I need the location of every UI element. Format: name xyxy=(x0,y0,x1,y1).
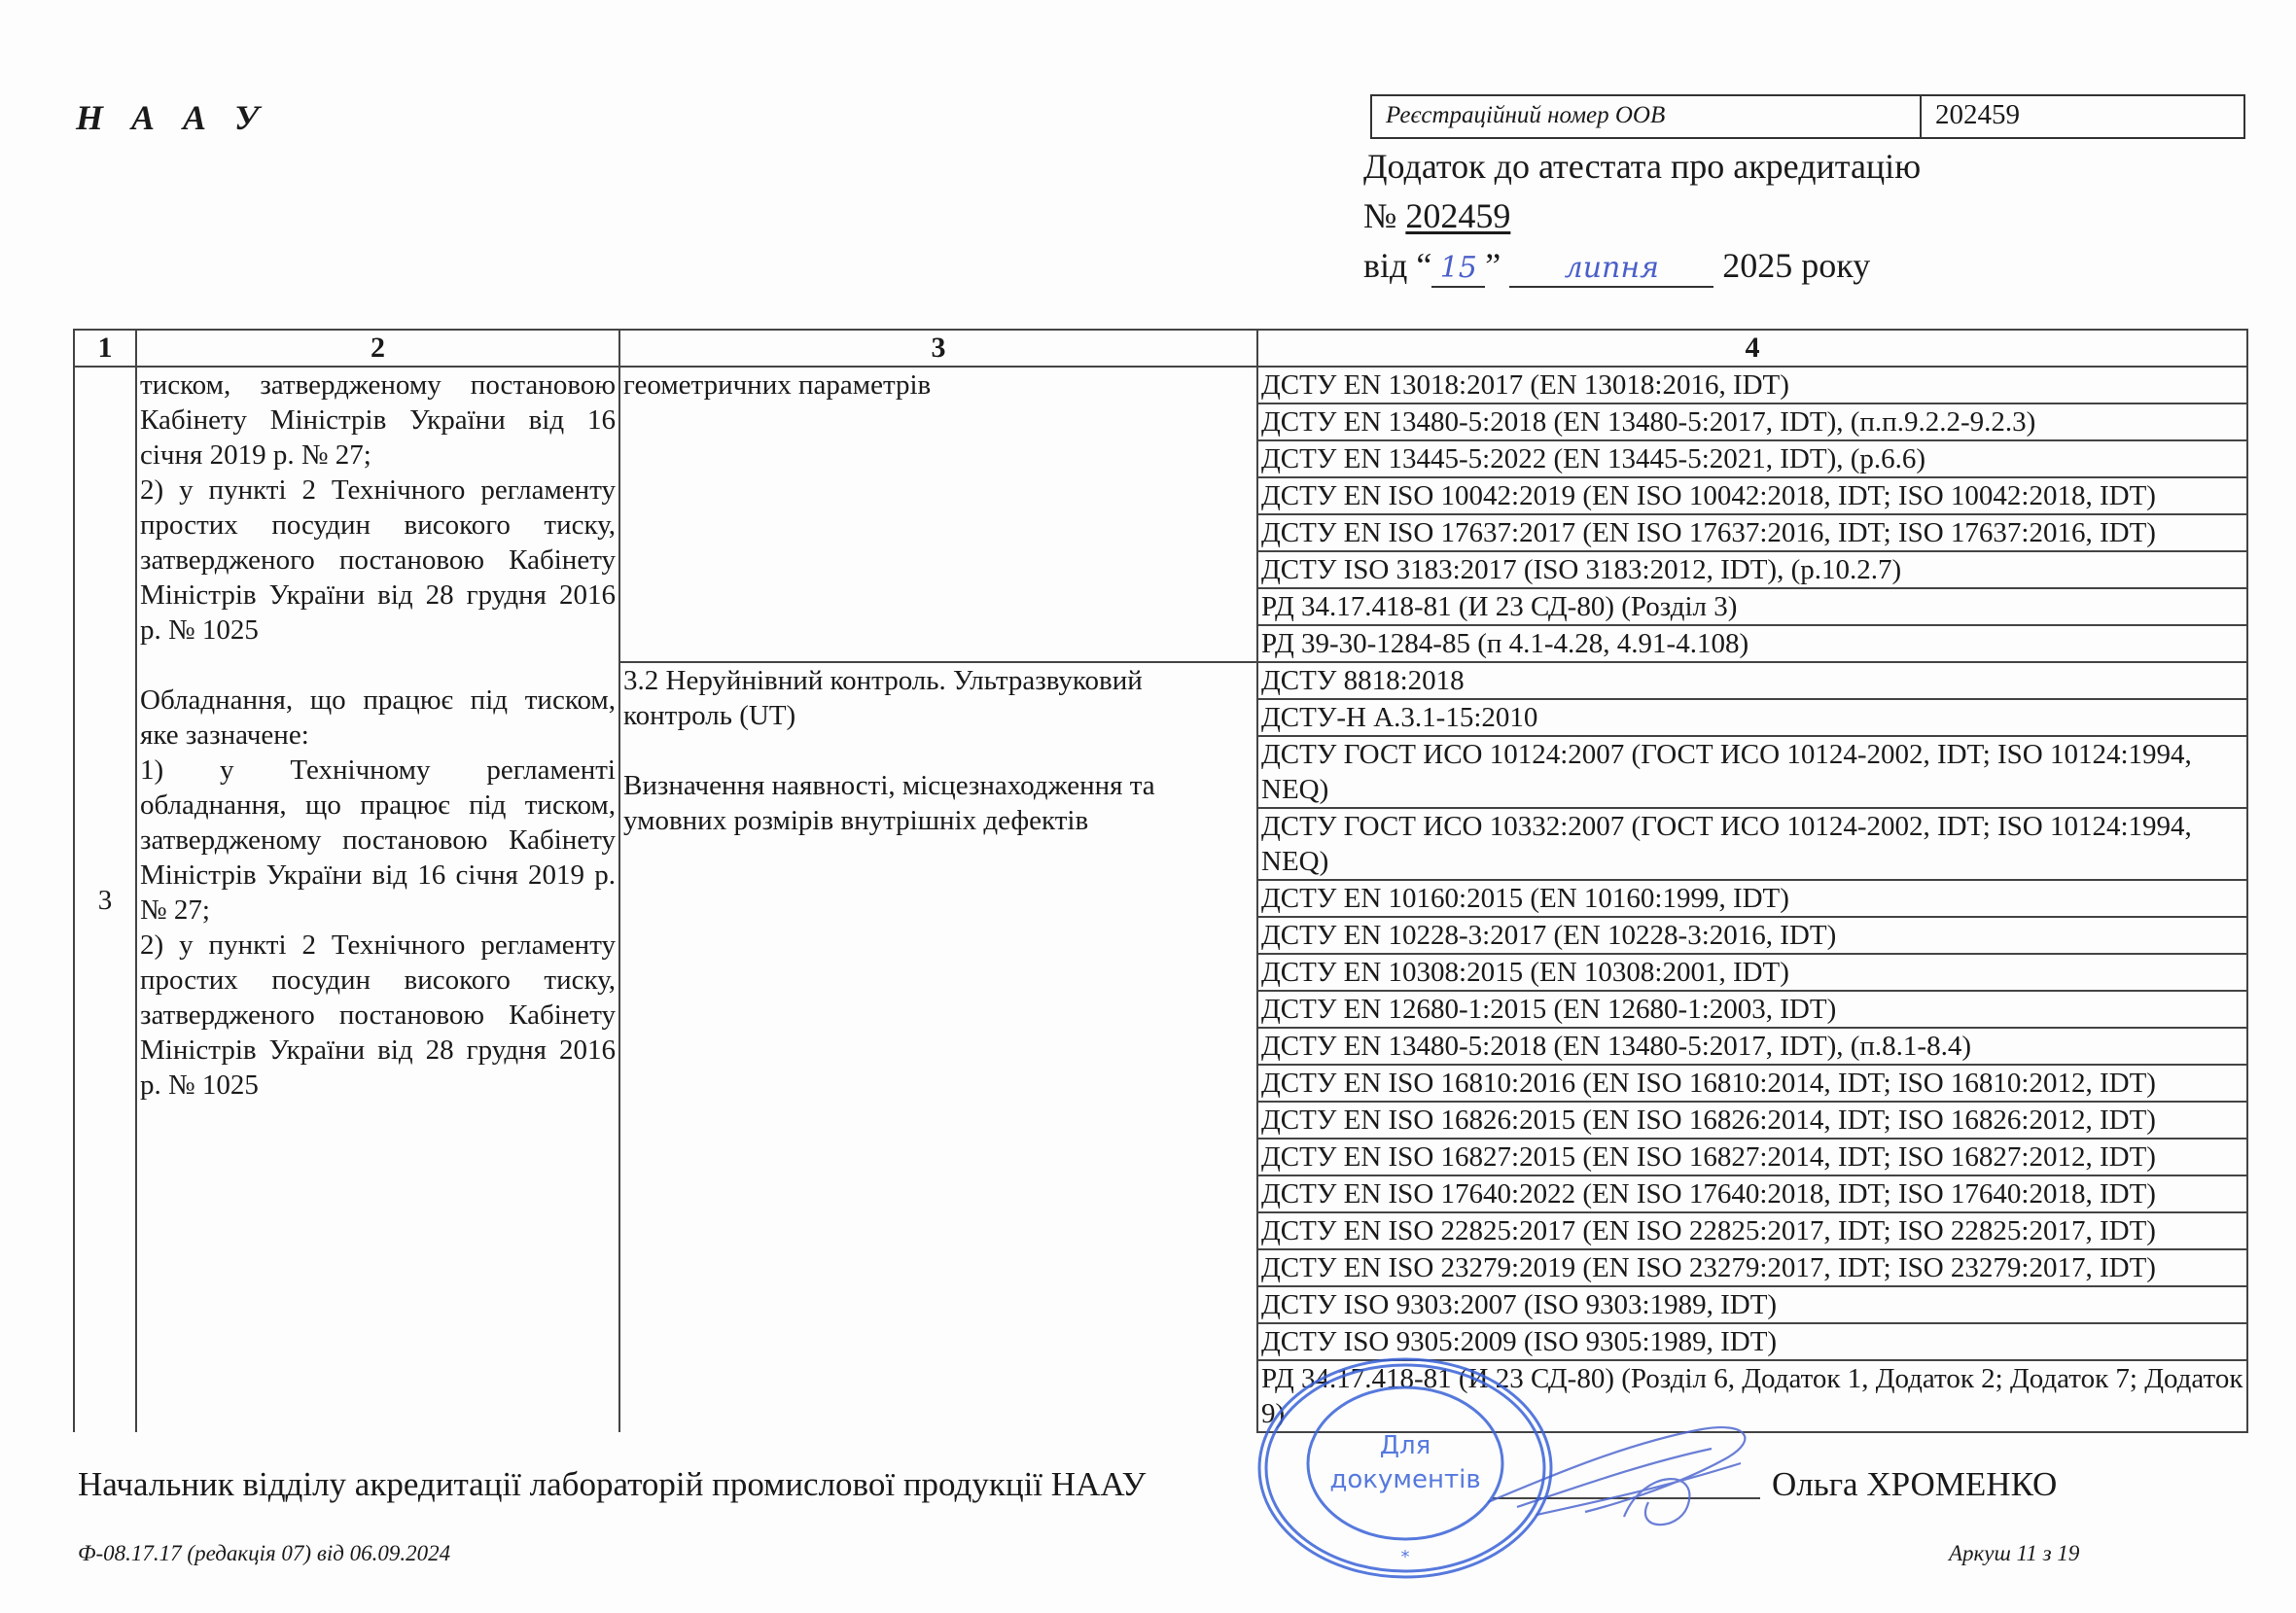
date-month-handwritten: липня xyxy=(1565,251,1659,285)
column-header-1: 1 xyxy=(74,330,136,367)
column-header-4: 4 xyxy=(1257,330,2247,367)
test-type-cell: 3.2 Неруйнівний контроль. Ультразвуковий… xyxy=(619,662,1257,1432)
equipment-paragraph: 2) у пункті 2 Технічного регламенту прос… xyxy=(140,928,616,1103)
standard-cell: ДСТУ EN ISO 17640:2022 (EN ISO 17640:201… xyxy=(1257,1175,2247,1212)
stamp-text-line2: документів xyxy=(1329,1465,1480,1494)
standard-cell: ДСТУ EN ISO 16827:2015 (EN ISO 16827:201… xyxy=(1257,1139,2247,1175)
standard-cell: ДСТУ 8818:2018 xyxy=(1257,662,2247,699)
accreditation-scope-table: 1 2 3 4 3 тиском, затвердженому постанов… xyxy=(73,329,2248,1433)
paragraph-gap xyxy=(623,733,1254,768)
column-header-3: 3 xyxy=(619,330,1257,367)
standard-cell: ДСТУ EN 10160:2015 (EN 10160:1999, IDT) xyxy=(1257,880,2247,917)
certificate-number-line: № 202459 xyxy=(1363,195,1510,236)
standard-cell: ДСТУ-Н А.3.1-15:2010 xyxy=(1257,699,2247,736)
sheet-number: Аркуш 11 з 19 xyxy=(1949,1541,2079,1566)
standard-cell: ДСТУ EN 13018:2017 (EN 13018:2016, IDT) xyxy=(1257,367,2247,403)
standard-cell: РД 39-30-1284-85 (п 4.1-4.28, 4.91-4.108… xyxy=(1257,625,2247,662)
document-title: Додаток до атестата про акредитацію xyxy=(1363,146,1921,187)
test-type-text: геометричних параметрів xyxy=(623,368,1254,403)
standard-cell: ДСТУ ISO 9303:2007 (ISO 9303:1989, IDT) xyxy=(1257,1286,2247,1323)
table-header-row: 1 2 3 4 xyxy=(74,330,2247,367)
date-line: від “15” липня 2025 року xyxy=(1363,245,1870,288)
standard-cell: ДСТУ EN ISO 23279:2019 (EN ISO 23279:201… xyxy=(1257,1249,2247,1286)
equipment-description: тиском, затвердженому постановою Кабінет… xyxy=(136,367,619,1432)
equipment-paragraph: 2) у пункті 2 Технічного регламенту прос… xyxy=(140,473,616,648)
standard-cell: ДСТУ EN ISO 22825:2017 (EN ISO 22825:201… xyxy=(1257,1212,2247,1249)
row-number: 3 xyxy=(74,367,136,1432)
standard-cell: ДСТУ EN 10228-3:2017 (EN 10228-3:2016, I… xyxy=(1257,917,2247,954)
standard-cell: ДСТУ ISO 3183:2017 (ISO 3183:2012, IDT),… xyxy=(1257,551,2247,588)
registration-number: 202459 xyxy=(1922,96,2243,137)
equipment-paragraph: тиском, затвердженому постановою Кабінет… xyxy=(140,368,616,473)
standard-cell: ДСТУ EN 12680-1:2015 (EN 12680-1:2003, I… xyxy=(1257,991,2247,1028)
signature-line xyxy=(1493,1497,1760,1499)
organization-name: Н А А У xyxy=(76,97,268,138)
test-type-cell: геометричних параметрів xyxy=(619,367,1257,662)
paragraph-gap xyxy=(140,648,616,683)
equipment-paragraph: Обладнання, що працює під тиском, яке за… xyxy=(140,683,616,753)
signatory-name: Ольга ХРОМЕНКО xyxy=(1772,1465,2057,1504)
date-suffix: 2025 року xyxy=(1722,246,1870,285)
standard-cell: ДСТУ EN ISO 10042:2019 (EN ISO 10042:201… xyxy=(1257,477,2247,514)
date-day-handwritten: 15 xyxy=(1440,251,1477,285)
stamp-text-line1: Для xyxy=(1380,1431,1431,1460)
certificate-number: 202459 xyxy=(1405,196,1510,235)
test-method-title: 3.2 Неруйнівний контроль. Ультразвуковий… xyxy=(623,663,1254,733)
standard-cell: ДСТУ ГОСТ ИСО 10124:2007 (ГОСТ ИСО 10124… xyxy=(1257,736,2247,808)
date-prefix: від “ xyxy=(1363,246,1431,285)
signatory-title: Начальник відділу акредитації лабораторі… xyxy=(78,1465,1146,1504)
standard-cell: ДСТУ EN 10308:2015 (EN 10308:2001, IDT) xyxy=(1257,954,2247,991)
registration-label: Реєстраційний номер ООВ xyxy=(1372,96,1922,137)
equipment-paragraph: 1) у Технічному регламенті обладнання, щ… xyxy=(140,753,616,928)
standard-cell: РД 34.17.418-81 (И 23 СД-80) (Розділ 6, … xyxy=(1257,1360,2247,1432)
standard-cell: ДСТУ EN 13480-5:2018 (EN 13480-5:2017, I… xyxy=(1257,403,2247,440)
standard-cell: ДСТУ EN 13445-5:2022 (EN 13445-5:2021, I… xyxy=(1257,440,2247,477)
svg-text:*: * xyxy=(1401,1547,1410,1567)
standard-cell: ДСТУ EN 13480-5:2018 (EN 13480-5:2017, I… xyxy=(1257,1028,2247,1065)
number-prefix: № xyxy=(1363,196,1396,235)
standard-cell: ДСТУ EN ISO 16810:2016 (EN ISO 16810:201… xyxy=(1257,1065,2247,1102)
standard-cell: ДСТУ ISO 9305:2009 (ISO 9305:1989, IDT) xyxy=(1257,1323,2247,1360)
standard-cell: ДСТУ EN ISO 16826:2015 (EN ISO 16826:201… xyxy=(1257,1102,2247,1139)
table-row: 3 тиском, затвердженому постановою Кабін… xyxy=(74,367,2247,403)
standard-cell: ДСТУ EN ISO 17637:2017 (EN ISO 17637:201… xyxy=(1257,514,2247,551)
registration-number-box: Реєстраційний номер ООВ 202459 xyxy=(1370,94,2245,139)
column-header-2: 2 xyxy=(136,330,619,367)
standard-cell: РД 34.17.418-81 (И 23 СД-80) (Розділ 3) xyxy=(1257,588,2247,625)
form-code: Ф-08.17.17 (редакція 07) від 06.09.2024 xyxy=(78,1541,450,1566)
test-method-description: Визначення наявності, місцезнаходження т… xyxy=(623,768,1254,838)
standard-cell: ДСТУ ГОСТ ИСО 10332:2007 (ГОСТ ИСО 10124… xyxy=(1257,808,2247,880)
date-quote-close: ” xyxy=(1485,246,1501,285)
